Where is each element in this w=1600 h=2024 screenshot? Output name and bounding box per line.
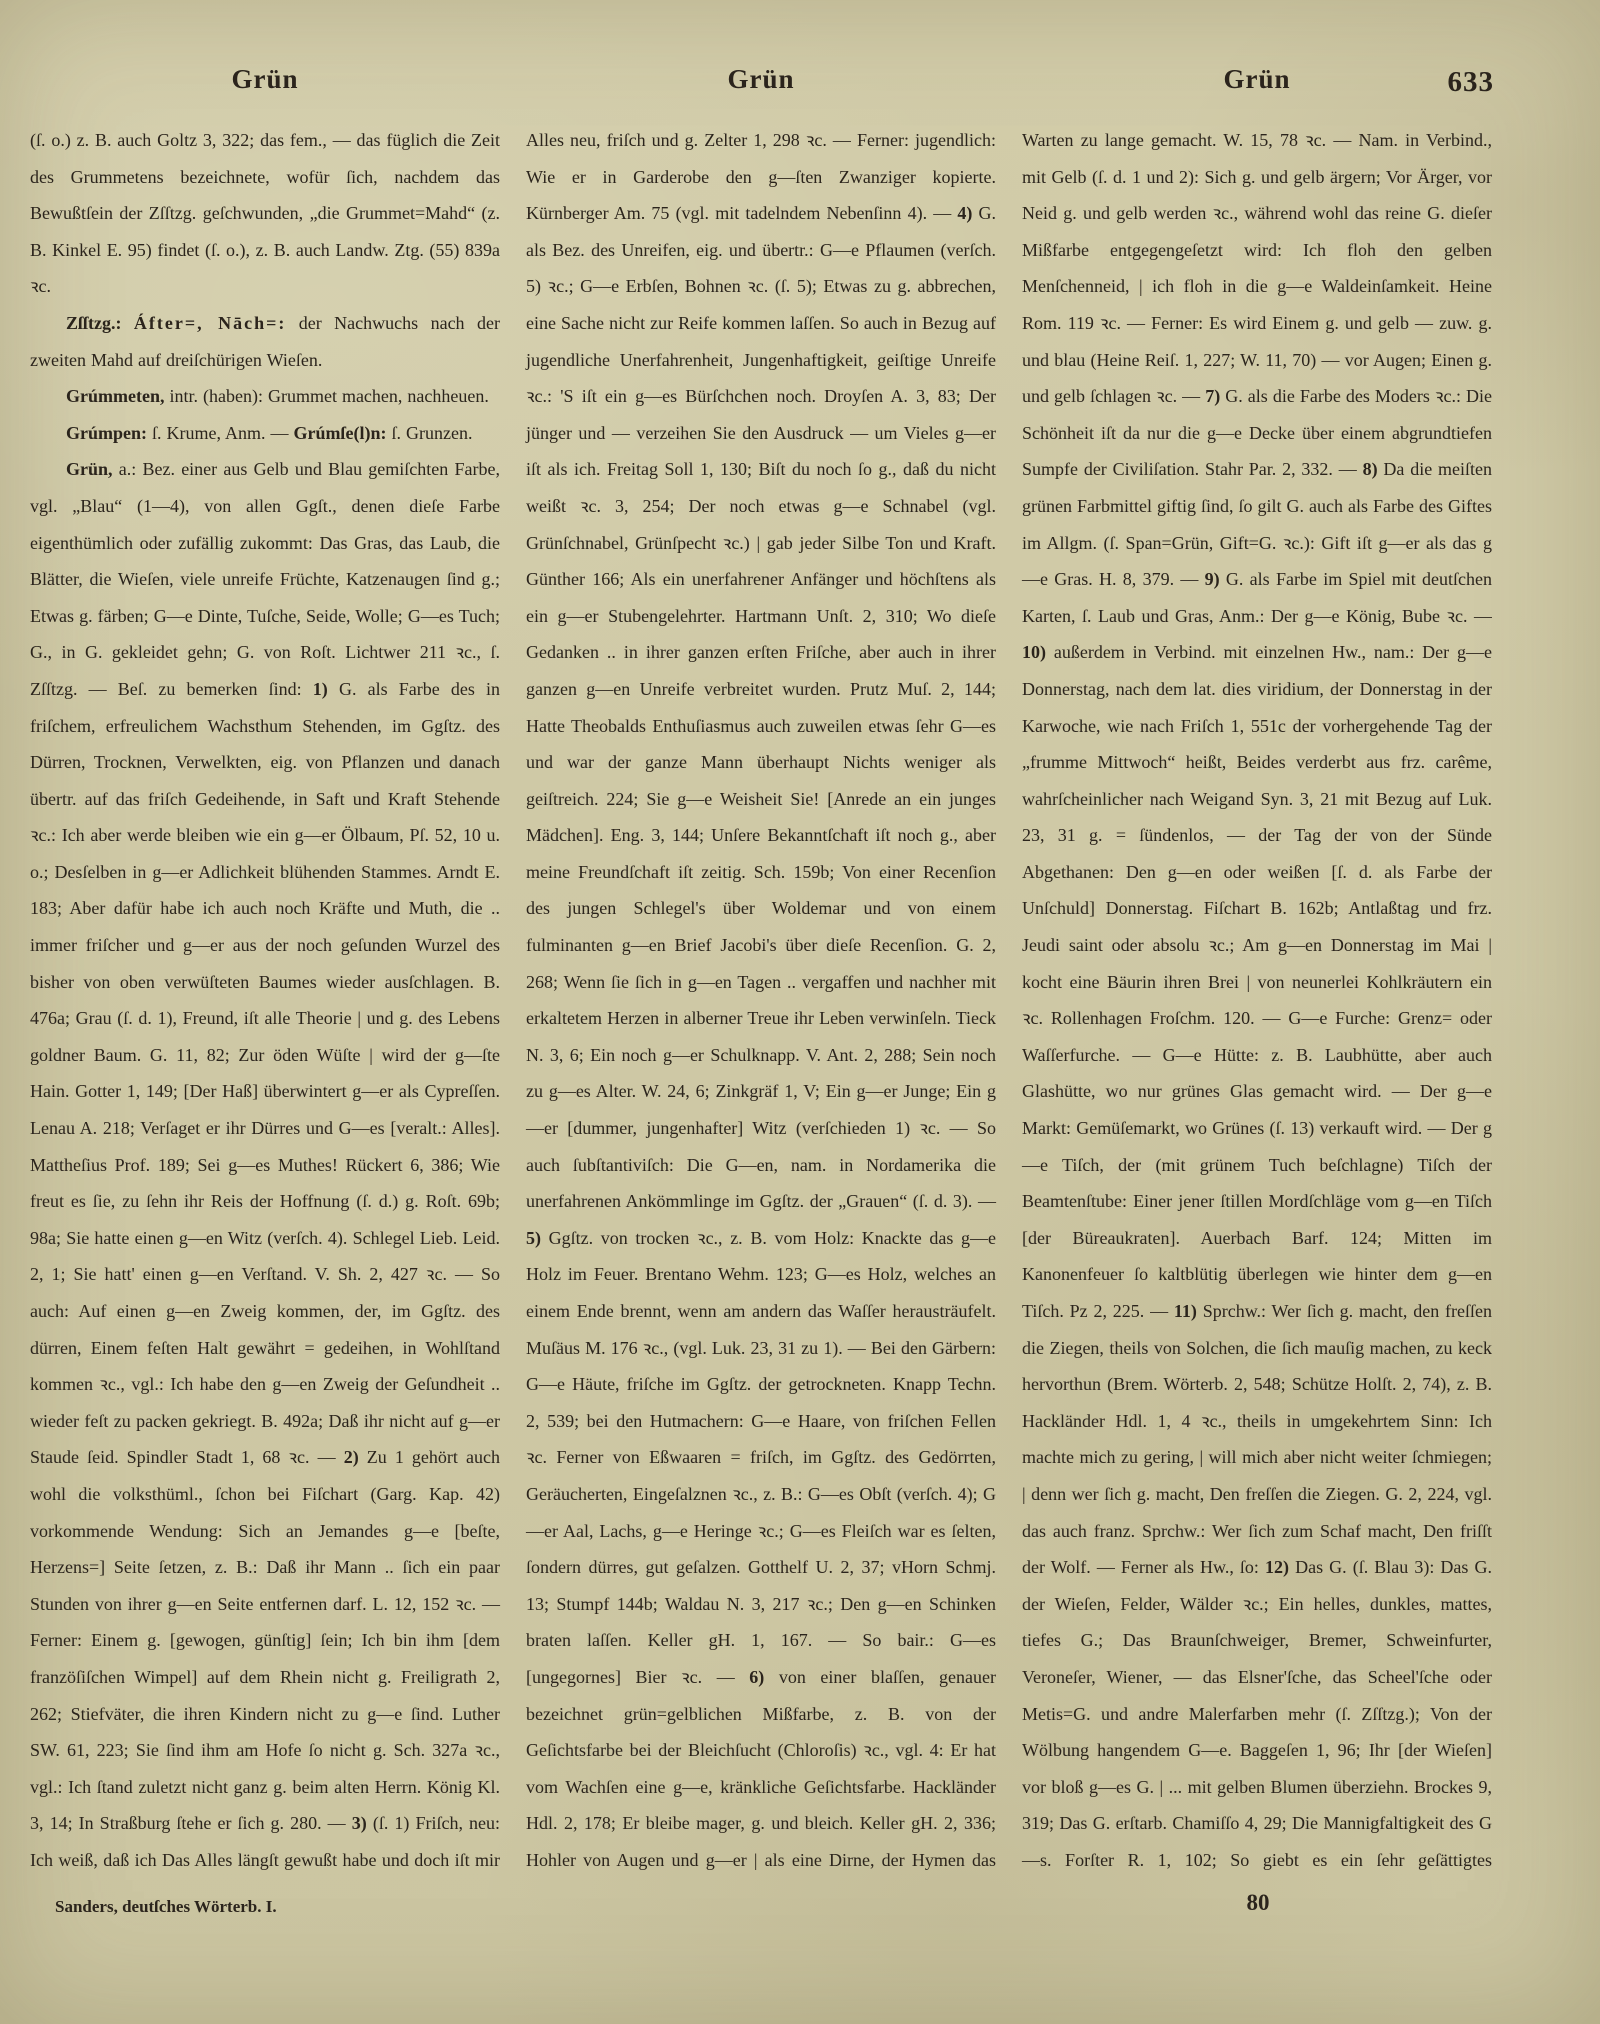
paragraph: Grúmmeten, intr. (haben): Grummet machen… (30, 378, 500, 415)
entry-text: intr. (haben): Grummet machen, nachheuen… (164, 386, 488, 406)
entry-text: G. als Farbe des in friſchem, erfreulich… (30, 679, 500, 1467)
paragraph: (ſ. o.) z. B. auch Goltz 3, 322; das fem… (30, 122, 500, 305)
headword: Grúmpen: (66, 423, 147, 443)
printer-signature: Sanders, deutſches Wörterb. I. (55, 1897, 277, 1917)
headword: 5) (526, 1228, 541, 1248)
entry-text: Sprchw.: Wer ſich g. macht, den freſſen … (1022, 1301, 1492, 1577)
headword: Grúmmeten, (66, 386, 164, 406)
entry-text: (ſ. o.) z. B. auch Goltz 3, 322; das fem… (30, 130, 500, 296)
headword: 12) (1265, 1557, 1289, 1577)
entry-text: Ggſtz. von trocken ꝛc., z. B. vom Holz: … (526, 1228, 996, 1687)
text-columns: (ſ. o.) z. B. auch Goltz 3, 322; das fem… (30, 122, 1492, 1888)
running-title-right: Grün (1022, 64, 1492, 95)
headword: Áfter=, Nāch=: (134, 313, 286, 333)
running-header: Grün Grün Grün (30, 64, 1492, 95)
headword: 3) (352, 1813, 367, 1833)
headword: Grúmſe(l)n: (294, 423, 387, 443)
running-title-center: Grün (526, 64, 996, 95)
headword: 7) (1205, 386, 1220, 406)
running-title-left: Grün (30, 64, 500, 95)
headword: 6) (749, 1667, 764, 1687)
entry-text: G. als Bez. des Unreifen, eig. und übert… (526, 203, 996, 1211)
headword: Zſſtzg.: (66, 313, 134, 333)
headword: 9) (1205, 569, 1220, 589)
headword: 1) (313, 679, 328, 699)
headword: 2) (344, 1447, 359, 1467)
entry-text: a.: Bez. einer aus Gelb und Blau gemiſch… (30, 459, 500, 699)
headword: 10) (1022, 642, 1046, 662)
paragraph: Grúmpen: ſ. Krume, Anm. — Grúmſe(l)n: ſ.… (30, 415, 500, 452)
entry-text: außerdem in Verbind. mit einzelnen Hw., … (1022, 642, 1492, 1321)
headword: 11) (1174, 1301, 1197, 1321)
paragraph: Zſſtzg.: Áfter=, Nāch=: der Nachwuchs na… (30, 305, 500, 378)
entry-text: ſ. Grunzen. (386, 423, 472, 443)
entry-text: ſ. Krume, Anm. — (147, 423, 294, 443)
headword: 4) (957, 203, 972, 223)
headword: 8) (1363, 459, 1378, 479)
sheet-number: 80 (1168, 1890, 1348, 1916)
headword: Grün, (66, 459, 113, 479)
entry-text: Zu 1 gehört auch wohl die volksthüml., ſ… (30, 1447, 500, 1833)
page-number: 633 (1448, 66, 1495, 99)
